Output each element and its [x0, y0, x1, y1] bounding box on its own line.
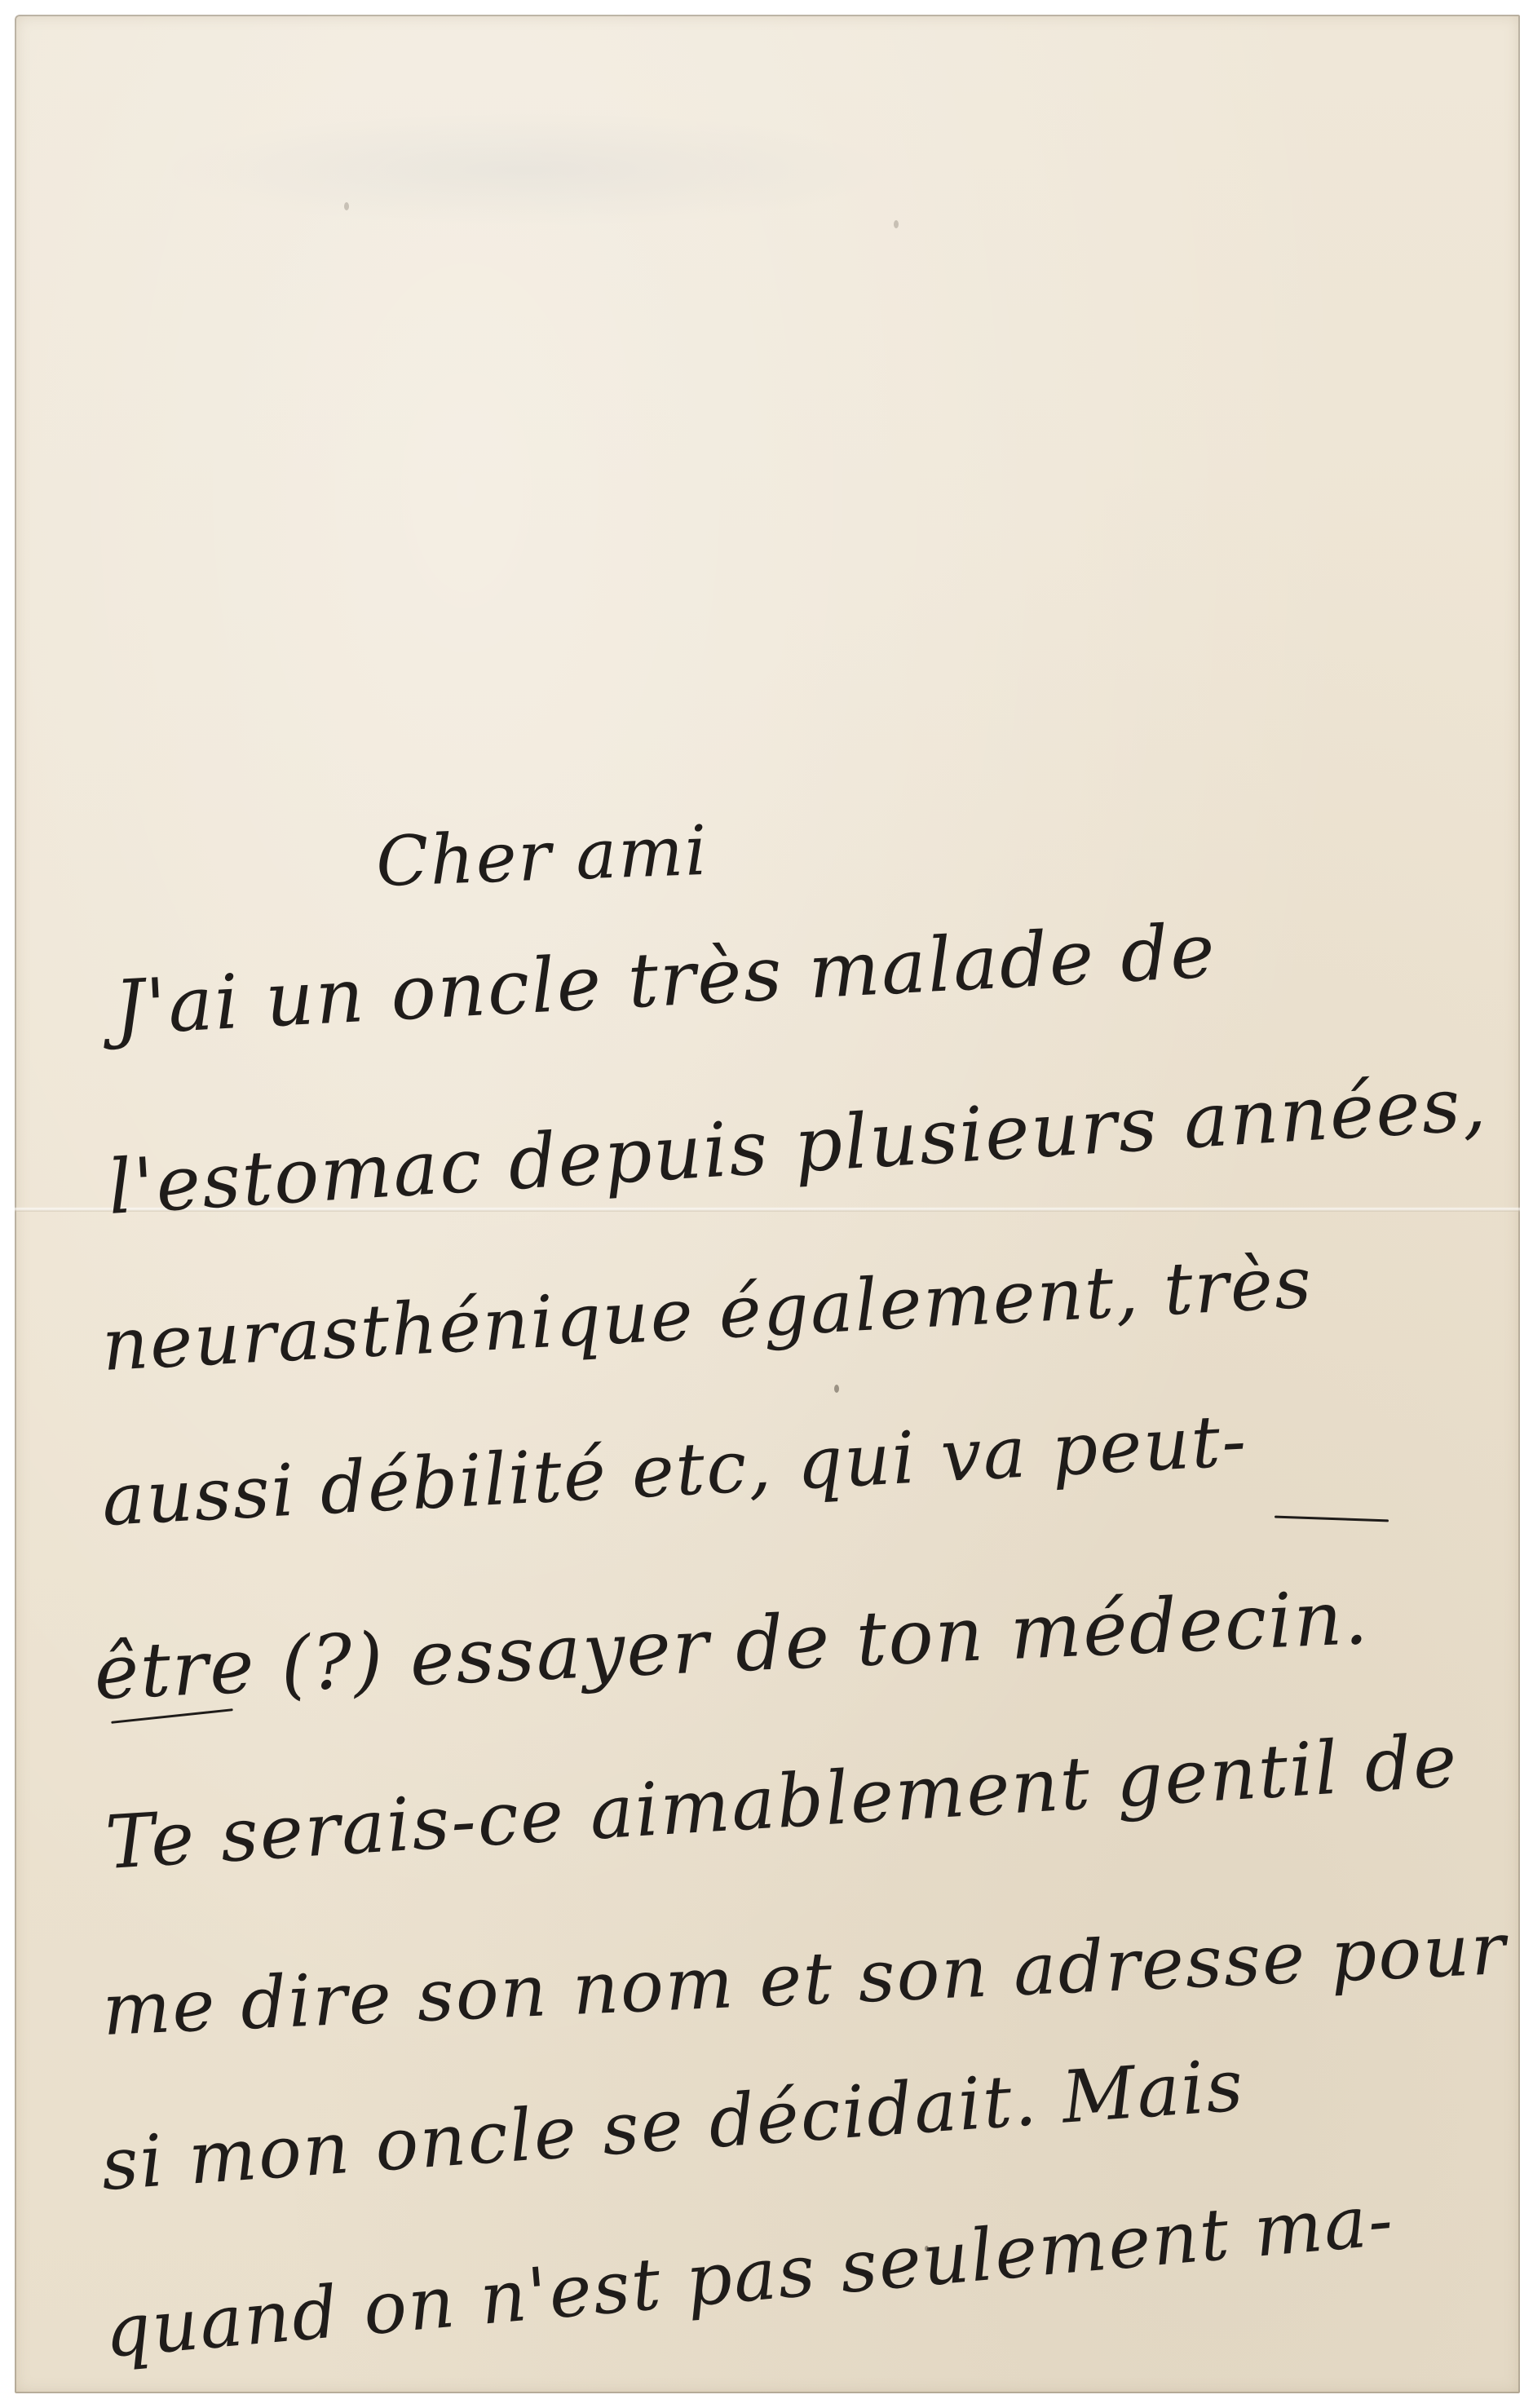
letter-line-7: me dire son nom et son adresse pour — [101, 1907, 1509, 2052]
letter-page: Cher ami J'ai un oncle très malade de l'… — [15, 15, 1520, 2393]
paper-speck — [925, 2246, 929, 2251]
letter-line-2: l'estomac depuis plusieurs années, — [105, 1060, 1489, 1231]
ink-speck — [834, 1385, 839, 1393]
letter-line-8: si mon oncle se décidait. Mais — [99, 2043, 1247, 2207]
letter-line-1: J'ai un oncle très malade de — [112, 907, 1218, 1052]
paper-speck — [894, 220, 899, 228]
underline-mark — [1275, 1516, 1389, 1522]
letter-line-6: Te serais-ce aimablement gentil de — [104, 1718, 1461, 1886]
letter-line-9: quand on n'est pas seulement ma- — [101, 2177, 1398, 2374]
ink-bleed-through — [161, 113, 895, 227]
letter-line-5: être (?) essayer de ton médecin. — [92, 1574, 1371, 1717]
paper-speck — [344, 202, 349, 210]
letter-line-4: aussi débilité etc, qui va peut- — [100, 1398, 1250, 1542]
letter-line-3: neurasthénique également, très — [100, 1239, 1315, 1387]
salutation: Cher ami — [375, 811, 710, 902]
